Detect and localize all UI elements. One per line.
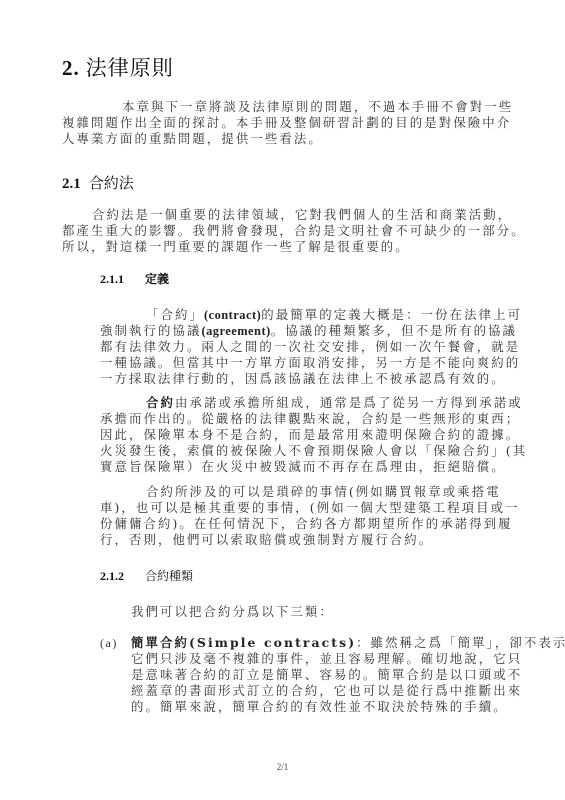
- bold-term: 簡單合約(Simple contracts): [131, 635, 356, 650]
- definition-line-4: 一種協議。但當其中一方單方面取消安排，另一方是不能向爽約的: [100, 355, 520, 371]
- subsection-title: 定義: [145, 272, 169, 286]
- text: ：雖然稱之爲「簡單」，卻不表示: [356, 635, 565, 650]
- simple-contract-line-5: 的。簡單來說，簡單合約的有效性並不取決於特殊的手續。: [131, 699, 508, 715]
- text: 強制執行的協議: [100, 323, 201, 338]
- promise-line-2: 承擔而作出的。從嚴格的法律觀點來說，合約是一些無形的東西；: [100, 411, 520, 427]
- text: 。協議的種類繁多，但不是所有的協議: [271, 323, 517, 338]
- subsection-title: 合約種類: [145, 569, 193, 583]
- chapter-heading: 2.法律原則: [62, 52, 174, 82]
- intro-line-3: 人專業方面的重點問題，提供一些看法。: [62, 131, 323, 147]
- definition-line-3: 都有法律效力。兩人之間的一次社交安排，例如一次午餐會，就是: [100, 339, 520, 355]
- subsection-heading-2-1-1: 2.1.1定義: [100, 270, 169, 287]
- page-number: 2/1: [0, 762, 565, 772]
- chapter-number: 2.: [62, 56, 80, 80]
- types-lead: 我們可以把合約分爲以下三類：: [131, 604, 334, 620]
- contract-law-line-1: 合約法是一個重要的法律領域，它對我們個人的生活和商業活動，: [92, 207, 512, 223]
- section-heading-2-1: 2.1合約法: [62, 172, 134, 193]
- contract-law-line-2: 都產生重大的影響。我們將會發現，合約是文明社會不可缺少的一部分。: [62, 223, 526, 239]
- scope-line-1: 合約所涉及的可以是瑣碎的事情(例如購買報章或乘搭電: [146, 484, 501, 500]
- english-term: (contract): [204, 308, 261, 322]
- promise-line-5: 實意旨保險單）在火災中被毀滅而不再存在爲理由，拒絕賠償。: [100, 459, 506, 475]
- definition-line-5: 一方採取法律行動的，因爲該協議在法律上不被承認爲有效的。: [100, 371, 506, 387]
- scope-line-3: 份傭傭合約)。在任何情況下，合約各方都期望所作的承諾得到履: [100, 516, 513, 532]
- subsection-heading-2-1-2: 2.1.2合約種類: [100, 567, 193, 584]
- english-term: (agreement): [201, 324, 270, 338]
- simple-contract-line-3: 是意味著合約的訂立是簡單、容易的。簡單合約是以口頭或不: [131, 667, 522, 683]
- section-title: 合約法: [89, 174, 134, 192]
- list-item-label-a: (a): [100, 636, 118, 651]
- scope-line-2: 車)，也可以是極其重要的事情，(例如一個大型建築工程項目或一: [100, 500, 520, 516]
- contract-law-line-3: 所以，對這樣一門重要的課題作一些了解是很重要的。: [62, 239, 410, 255]
- intro-line-1: 本章與下一章將談及法律原則的問題，不過本手冊不會對一些: [122, 99, 513, 115]
- simple-contract-line-4: 經蓋章的書面形式訂立的合約，它也可以是從行爲中推斷出來: [131, 683, 522, 699]
- subsection-number: 2.1.2: [100, 569, 145, 584]
- simple-contract-line-1: 簡單合約(Simple contracts)：雖然稱之爲「簡單」，卻不表示: [131, 635, 565, 651]
- promise-line-4: 火災發生後，索償的被保險人不會預期保險人會以「保險合約」(其: [100, 443, 527, 459]
- simple-contract-line-2: 它們只涉及毫不複雜的事件，並且容易理解。確切地說，它只: [131, 651, 522, 667]
- intro-line-2: 複雜問題作出全面的探討。本手冊及整個研習計劃的目的是對保險中介: [62, 115, 511, 131]
- promise-line-1: 合約由承諾或承擔所組成，通常是爲了從另一方得到承諾或: [146, 395, 523, 411]
- scope-line-4: 行，否則，他們可以索取賠償或強制對方履行合約。: [100, 532, 433, 548]
- text: 由承諾或承擔所組成，通常是爲了從另一方得到承諾或: [175, 395, 523, 410]
- definition-line-2: 強制執行的協議(agreement)。協議的種類繁多，但不是所有的協議: [100, 323, 517, 339]
- chapter-title: 法律原則: [86, 56, 174, 80]
- text: 的最簡單的定義大概是：一份在法律上可: [261, 307, 522, 322]
- text: 「合約」: [146, 307, 204, 322]
- section-number: 2.1: [62, 176, 81, 192]
- bold-term: 合約: [146, 395, 175, 410]
- definition-line-1: 「合約」(contract)的最簡單的定義大概是：一份在法律上可: [146, 307, 522, 323]
- document-page: 2.法律原則 本章與下一章將談及法律原則的問題，不過本手冊不會對一些 複雜問題作…: [0, 0, 565, 800]
- promise-line-3: 因此，保險單本身不是合約，而是最常用來證明保險合約的證據。: [100, 427, 520, 443]
- subsection-number: 2.1.1: [100, 272, 145, 287]
